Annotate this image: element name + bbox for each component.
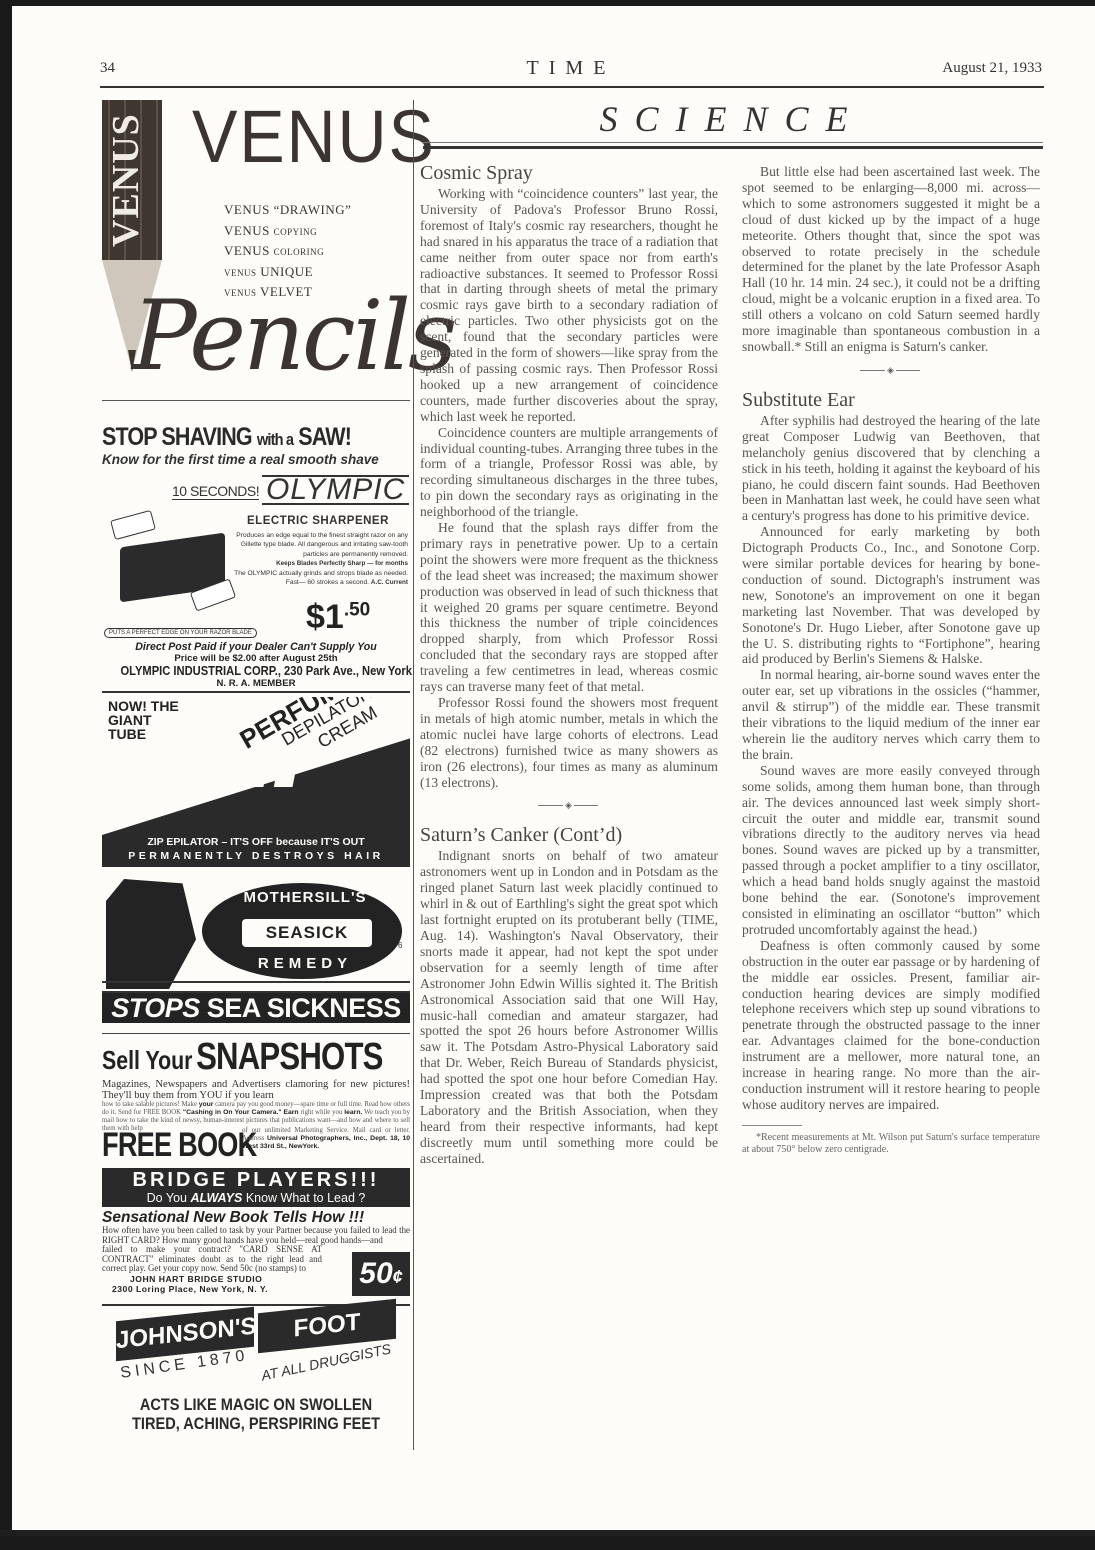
- olympic-logo: OLYMPIC: [262, 475, 409, 505]
- ad-divider: [102, 400, 410, 401]
- article-paragraph: Sound waves are more easily conveyed thr…: [742, 763, 1040, 938]
- column-divider: [413, 100, 414, 1450]
- product-name: ELECTRIC SHARPENER: [247, 515, 389, 527]
- johnsons-tagline: ACTS LIKE MAGIC ON SWOLLEN TIRED, ACHING…: [117, 1396, 394, 1434]
- olympic-body: Produces an edge equal to the finest str…: [222, 531, 408, 587]
- ocean-liner-icon: [106, 879, 196, 989]
- article-paragraph: Indignant snorts on behalf of two amateu…: [420, 848, 718, 1166]
- article-paragraph: Announced for early marketing by both Di…: [742, 524, 1040, 667]
- separator-diamond-icon: ◈: [885, 364, 896, 376]
- bridge-tagline: Sensational New Book Tells How !!!: [102, 1209, 410, 1226]
- remedy-label: REMEDY: [220, 955, 390, 972]
- olympic-footer: Direct Post Paid if your Dealer Can't Su…: [102, 641, 410, 689]
- article-paragraph: Deafness is often commonly caused by som…: [742, 938, 1040, 1113]
- edge-tagline: PUTS A PERFECT EDGE ON YOUR RAZOR BLADE: [104, 628, 257, 638]
- footnote: *Recent measurements at Mt. Wilson put S…: [742, 1132, 1040, 1156]
- article-paragraph: In normal hearing, air-borne sound waves…: [742, 667, 1040, 762]
- article-paragraph: He found that the splash rays differ fro…: [420, 520, 718, 695]
- zip-band: ZIP EPILATOR – IT'S OFF because IT'S OUT…: [102, 835, 410, 863]
- mothersills-ad: MOTHERSILL'S SEASICK REMEDY 6 STOPS SEA …: [102, 873, 410, 1023]
- johnsons-foot-soap-ad: JOHNSON'S FOOT SOAP SINCE 1870 AT ALL DR…: [102, 1312, 410, 1432]
- ad-mark: 6: [398, 941, 402, 950]
- article-paragraph: Working with “coincidence counters” last…: [420, 186, 718, 425]
- separator-diamond-icon: ◈: [563, 799, 574, 811]
- mothersills-name: MOTHERSILL'S: [220, 889, 390, 906]
- zip-depilatory-ad: ZiP NOW! THE GIANT TUBE PERFUMED DEPILAT…: [102, 697, 410, 867]
- giant-tube-label: NOW! THE GIANT TUBE: [108, 699, 188, 741]
- snapshots-lead: Magazines, Newspapers and Advertisers cl…: [102, 1079, 410, 1101]
- bridge-price: 50¢: [352, 1252, 410, 1296]
- venus-brand: VENUS: [192, 94, 436, 179]
- venus-pencils-ad: VENUS VENUS VENUS “DRAWING” VENUS copyin…: [102, 100, 410, 425]
- olympic-subhead: Know for the first time a real smooth sh…: [102, 452, 410, 467]
- article-paragraph: After syphilis had destroyed the hearing…: [742, 413, 1040, 524]
- razor-blade-icon: [110, 510, 156, 540]
- article-headline: Substitute Ear: [742, 387, 1040, 413]
- masthead: TIME: [100, 57, 1042, 80]
- venus-line: VENUS copying: [224, 221, 351, 242]
- bridge-players-ad: BRIDGE PLAYERS!!! Do You ALWAYS Know Wha…: [102, 1168, 410, 1306]
- issue-date: August 21, 1933: [942, 60, 1042, 77]
- free-book-label: FREE BOOK: [102, 1126, 257, 1165]
- snapshots-headline: Sell Your SNAPSHOTS: [102, 1036, 355, 1079]
- article-separator: ◈: [420, 794, 718, 816]
- waves-icon: [102, 981, 410, 993]
- section-rule-thin: [423, 142, 1043, 143]
- seasick-label: SEASICK: [242, 923, 372, 943]
- header-rule: [100, 86, 1044, 88]
- pencil-label: VENUS: [104, 110, 160, 250]
- venus-line: venus UNIQUE: [224, 262, 351, 283]
- running-header: 34 TIME August 21, 1933: [100, 60, 1042, 80]
- article-separator: ◈: [742, 359, 1040, 381]
- snapshots-ad: Sell Your SNAPSHOTS Magazines, Newspaper…: [102, 1033, 410, 1162]
- bridge-body-narrow: failed to make your contract? "CARD SENS…: [102, 1245, 322, 1274]
- section-rule-thick: [423, 146, 1043, 149]
- article-headline: Cosmic Spray: [420, 160, 718, 186]
- olympic-headline: STOP SHAVING with a SAW!: [102, 423, 367, 452]
- stops-sea-sickness: STOPS SEA SICKNESS: [102, 993, 410, 1023]
- page-bottom-edge: [0, 1530, 1095, 1536]
- ten-seconds-label: 10 SECONDS!: [172, 483, 259, 500]
- venus-line: VENUS “DRAWING”: [224, 200, 351, 221]
- article-headline: Saturn’s Canker (Cont’d): [420, 822, 718, 848]
- olympic-price: $1.50: [306, 598, 370, 637]
- article-paragraph: But little else had been ascertained las…: [742, 164, 1040, 355]
- bridge-banner: BRIDGE PLAYERS!!! Do You ALWAYS Know Wha…: [102, 1168, 410, 1207]
- snapshots-address: of our unlimited Marketing Service. Mail…: [242, 1127, 410, 1151]
- article-column-2: But little else had been ascertained las…: [742, 164, 1040, 1156]
- footnote-rule: [742, 1125, 802, 1126]
- bridge-body: How often have you been called to task b…: [102, 1226, 410, 1245]
- olympic-sharpener-ad: STOP SHAVING with a SAW! Know for the fi…: [102, 423, 410, 693]
- pencils-script: Pencils: [132, 280, 454, 392]
- advertisement-column: VENUS VENUS VENUS “DRAWING” VENUS copyin…: [102, 100, 410, 1432]
- article-column-1: Cosmic Spray Working with “coincidence c…: [420, 160, 718, 1167]
- venus-line: VENUS coloring: [224, 241, 351, 262]
- article-paragraph: Professor Rossi found the showers most f…: [420, 695, 718, 790]
- article-paragraph: Coincidence counters are multiple arrang…: [420, 425, 718, 520]
- section-title: SCIENCE: [420, 98, 1044, 140]
